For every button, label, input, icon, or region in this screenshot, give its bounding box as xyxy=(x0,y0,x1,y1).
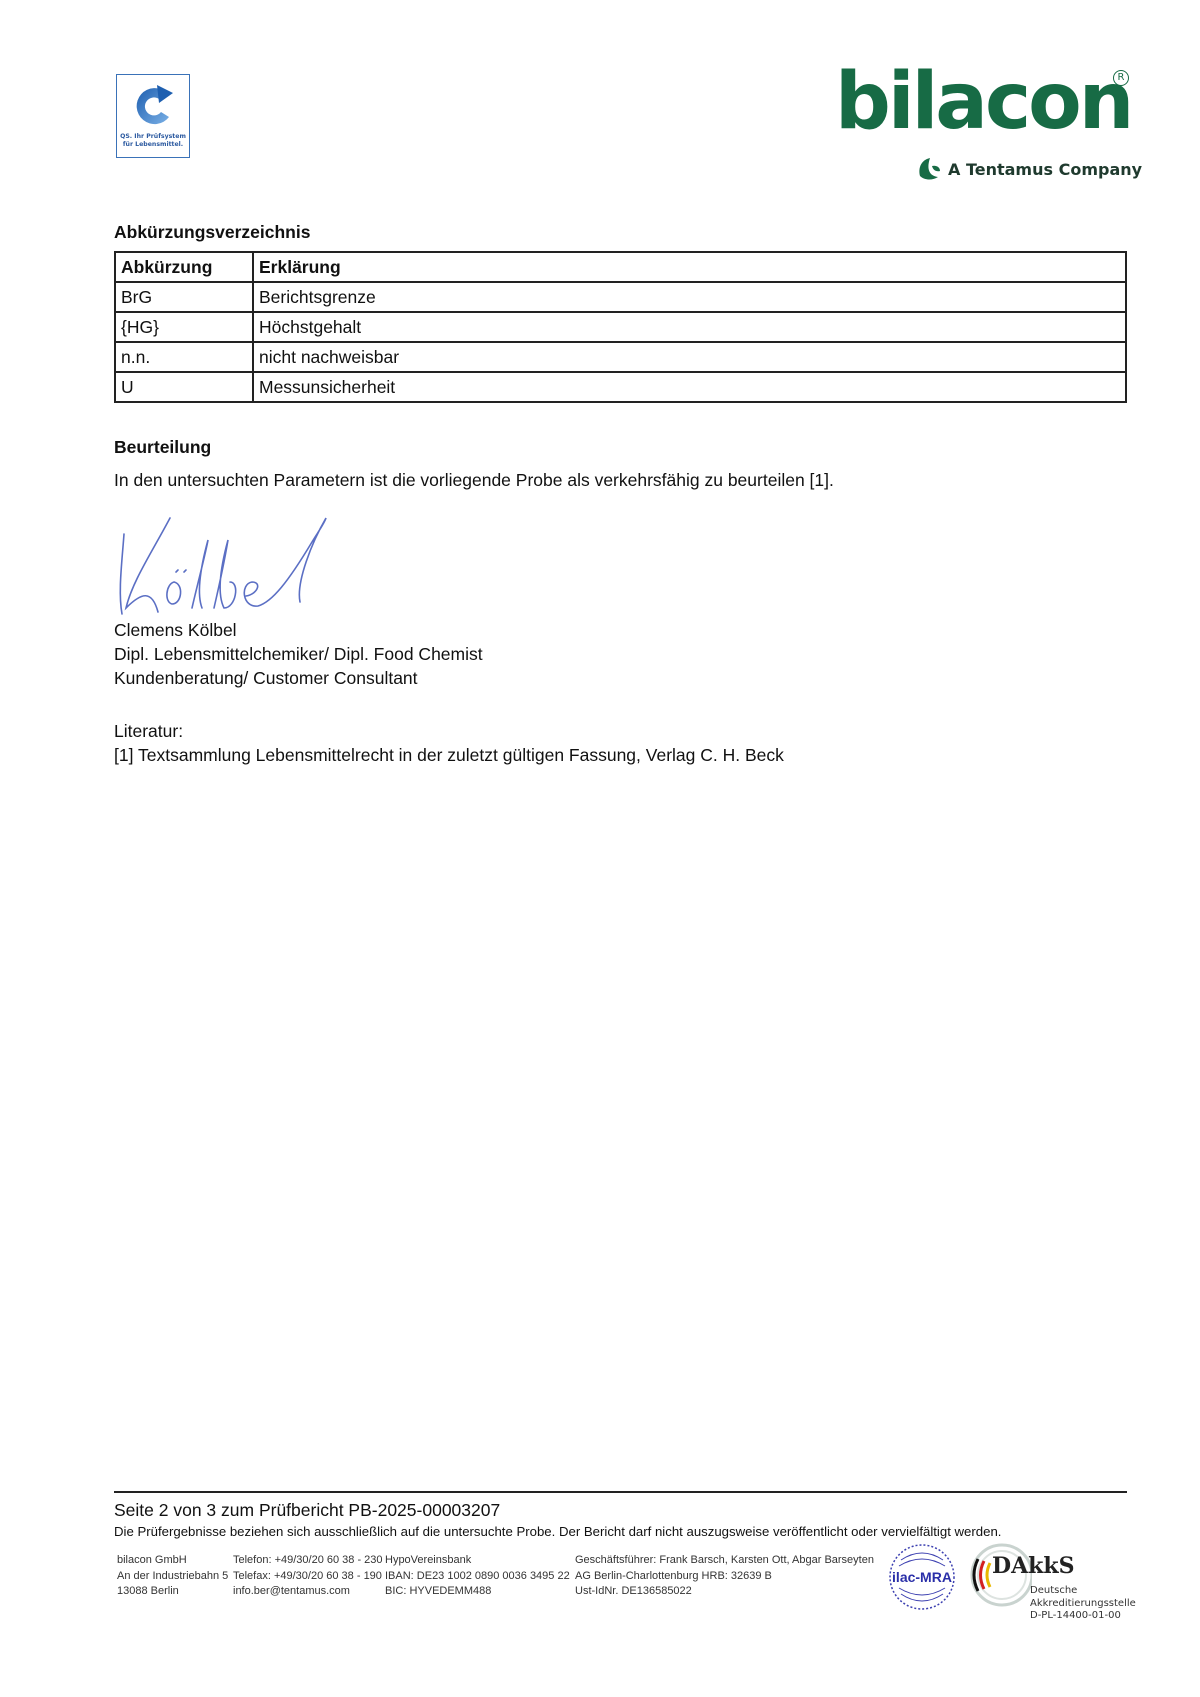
footer-disclaimer: Die Prüfergebnisse beziehen sich ausschl… xyxy=(114,1524,1001,1539)
qs-logo-text-line: für Lebensmittel. xyxy=(117,141,189,149)
page-info: Seite 2 von 3 zum Prüfbericht PB-2025-00… xyxy=(114,1500,500,1521)
footer-line: An der Industriebahn 5 xyxy=(117,1569,228,1585)
footer-legal: Geschäftsführer: Frank Barsch, Karsten O… xyxy=(575,1553,874,1600)
qs-logo-text-line: QS. Ihr Prüfsystem xyxy=(117,133,189,141)
footer-bank: HypoVereinsbank IBAN: DE23 1002 0890 003… xyxy=(385,1553,570,1600)
explanation-cell: Messunsicherheit xyxy=(253,372,1126,402)
qs-arrow-icon xyxy=(127,79,181,133)
explanation-cell: Höchstgehalt xyxy=(253,312,1126,342)
dakks-line: Akkreditierungsstelle xyxy=(1030,1598,1136,1611)
tagline-text: A Tentamus Company xyxy=(948,160,1142,179)
column-header-abbreviation: Abkürzung xyxy=(115,252,253,282)
signatory-title: Dipl. Lebensmittelchemiker/ Dipl. Food C… xyxy=(114,644,483,665)
abbreviation-cell: U xyxy=(115,372,253,402)
footer-divider xyxy=(114,1491,1127,1493)
abbreviation-cell: BrG xyxy=(115,282,253,312)
footer-line: Telefon: +49/30/20 60 38 - 230 xyxy=(233,1553,383,1569)
table-row: {HG} Höchstgehalt xyxy=(115,312,1126,342)
footer-company: bilacon GmbH An der Industriebahn 5 1308… xyxy=(117,1553,228,1600)
column-header-explanation: Erklärung xyxy=(253,252,1126,282)
dakks-logo: DAkkS Deutsche Akkreditierungsstelle D-P… xyxy=(962,1541,1132,1631)
abbreviation-cell: n.n. xyxy=(115,342,253,372)
footer-line: Geschäftsführer: Frank Barsch, Karsten O… xyxy=(575,1553,874,1569)
tentamus-leaf-icon xyxy=(916,156,942,182)
footer-line: Telefax: +49/30/20 60 38 - 190 xyxy=(233,1569,383,1585)
registered-mark-icon: R xyxy=(1113,70,1129,86)
table-row: n.n. nicht nachweisbar xyxy=(115,342,1126,372)
footer-line: BIC: HYVEDEMM488 xyxy=(385,1584,570,1600)
dakks-details: Deutsche Akkreditierungsstelle D-PL-1440… xyxy=(1030,1585,1136,1623)
svg-text:ilac-MRA: ilac-MRA xyxy=(892,1569,952,1585)
signatory-name: Clemens Kölbel xyxy=(114,620,237,641)
footer-line: HypoVereinsbank xyxy=(385,1553,570,1569)
signatory-role: Kundenberatung/ Customer Consultant xyxy=(114,668,418,689)
literature-label: Literatur: xyxy=(114,721,183,742)
table-row: U Messunsicherheit xyxy=(115,372,1126,402)
table-row: BrG Berichtsgrenze xyxy=(115,282,1126,312)
footer-line: Ust-IdNr. DE136585022 xyxy=(575,1584,874,1600)
signature-image xyxy=(112,512,352,622)
abbreviation-cell: {HG} xyxy=(115,312,253,342)
dakks-name: DAkkS xyxy=(992,1553,1075,1579)
footer-line: AG Berlin-Charlottenburg HRB: 32639 B xyxy=(575,1569,874,1585)
explanation-cell: Berichtsgrenze xyxy=(253,282,1126,312)
table-header-row: Abkürzung Erklärung xyxy=(115,252,1126,282)
footer-line: bilacon GmbH xyxy=(117,1553,228,1569)
bilacon-logo: bilacon xyxy=(835,56,1131,148)
dakks-line: Deutsche xyxy=(1030,1585,1136,1598)
abbreviations-title: Abkürzungsverzeichnis xyxy=(114,222,310,243)
assessment-title: Beurteilung xyxy=(114,437,211,458)
tentamus-tagline: A Tentamus Company xyxy=(916,156,1142,182)
footer-line: 13088 Berlin xyxy=(117,1584,228,1600)
footer-line: IBAN: DE23 1002 0890 0036 3495 22 xyxy=(385,1569,570,1585)
abbreviations-table: Abkürzung Erklärung BrG Berichtsgrenze {… xyxy=(114,251,1127,403)
qs-logo: QS. Ihr Prüfsystem für Lebensmittel. xyxy=(116,74,190,158)
ilac-mra-logo: ilac-MRA xyxy=(887,1542,957,1612)
assessment-text: In den untersuchten Parametern ist die v… xyxy=(114,470,834,491)
dakks-accreditation-number: D-PL-14400-01-00 xyxy=(1030,1610,1136,1623)
footer-contact: Telefon: +49/30/20 60 38 - 230 Telefax: … xyxy=(233,1553,383,1600)
literature-item: [1] Textsammlung Lebensmittelrecht in de… xyxy=(114,745,784,766)
footer-email: info.ber@tentamus.com xyxy=(233,1584,383,1600)
explanation-cell: nicht nachweisbar xyxy=(253,342,1126,372)
